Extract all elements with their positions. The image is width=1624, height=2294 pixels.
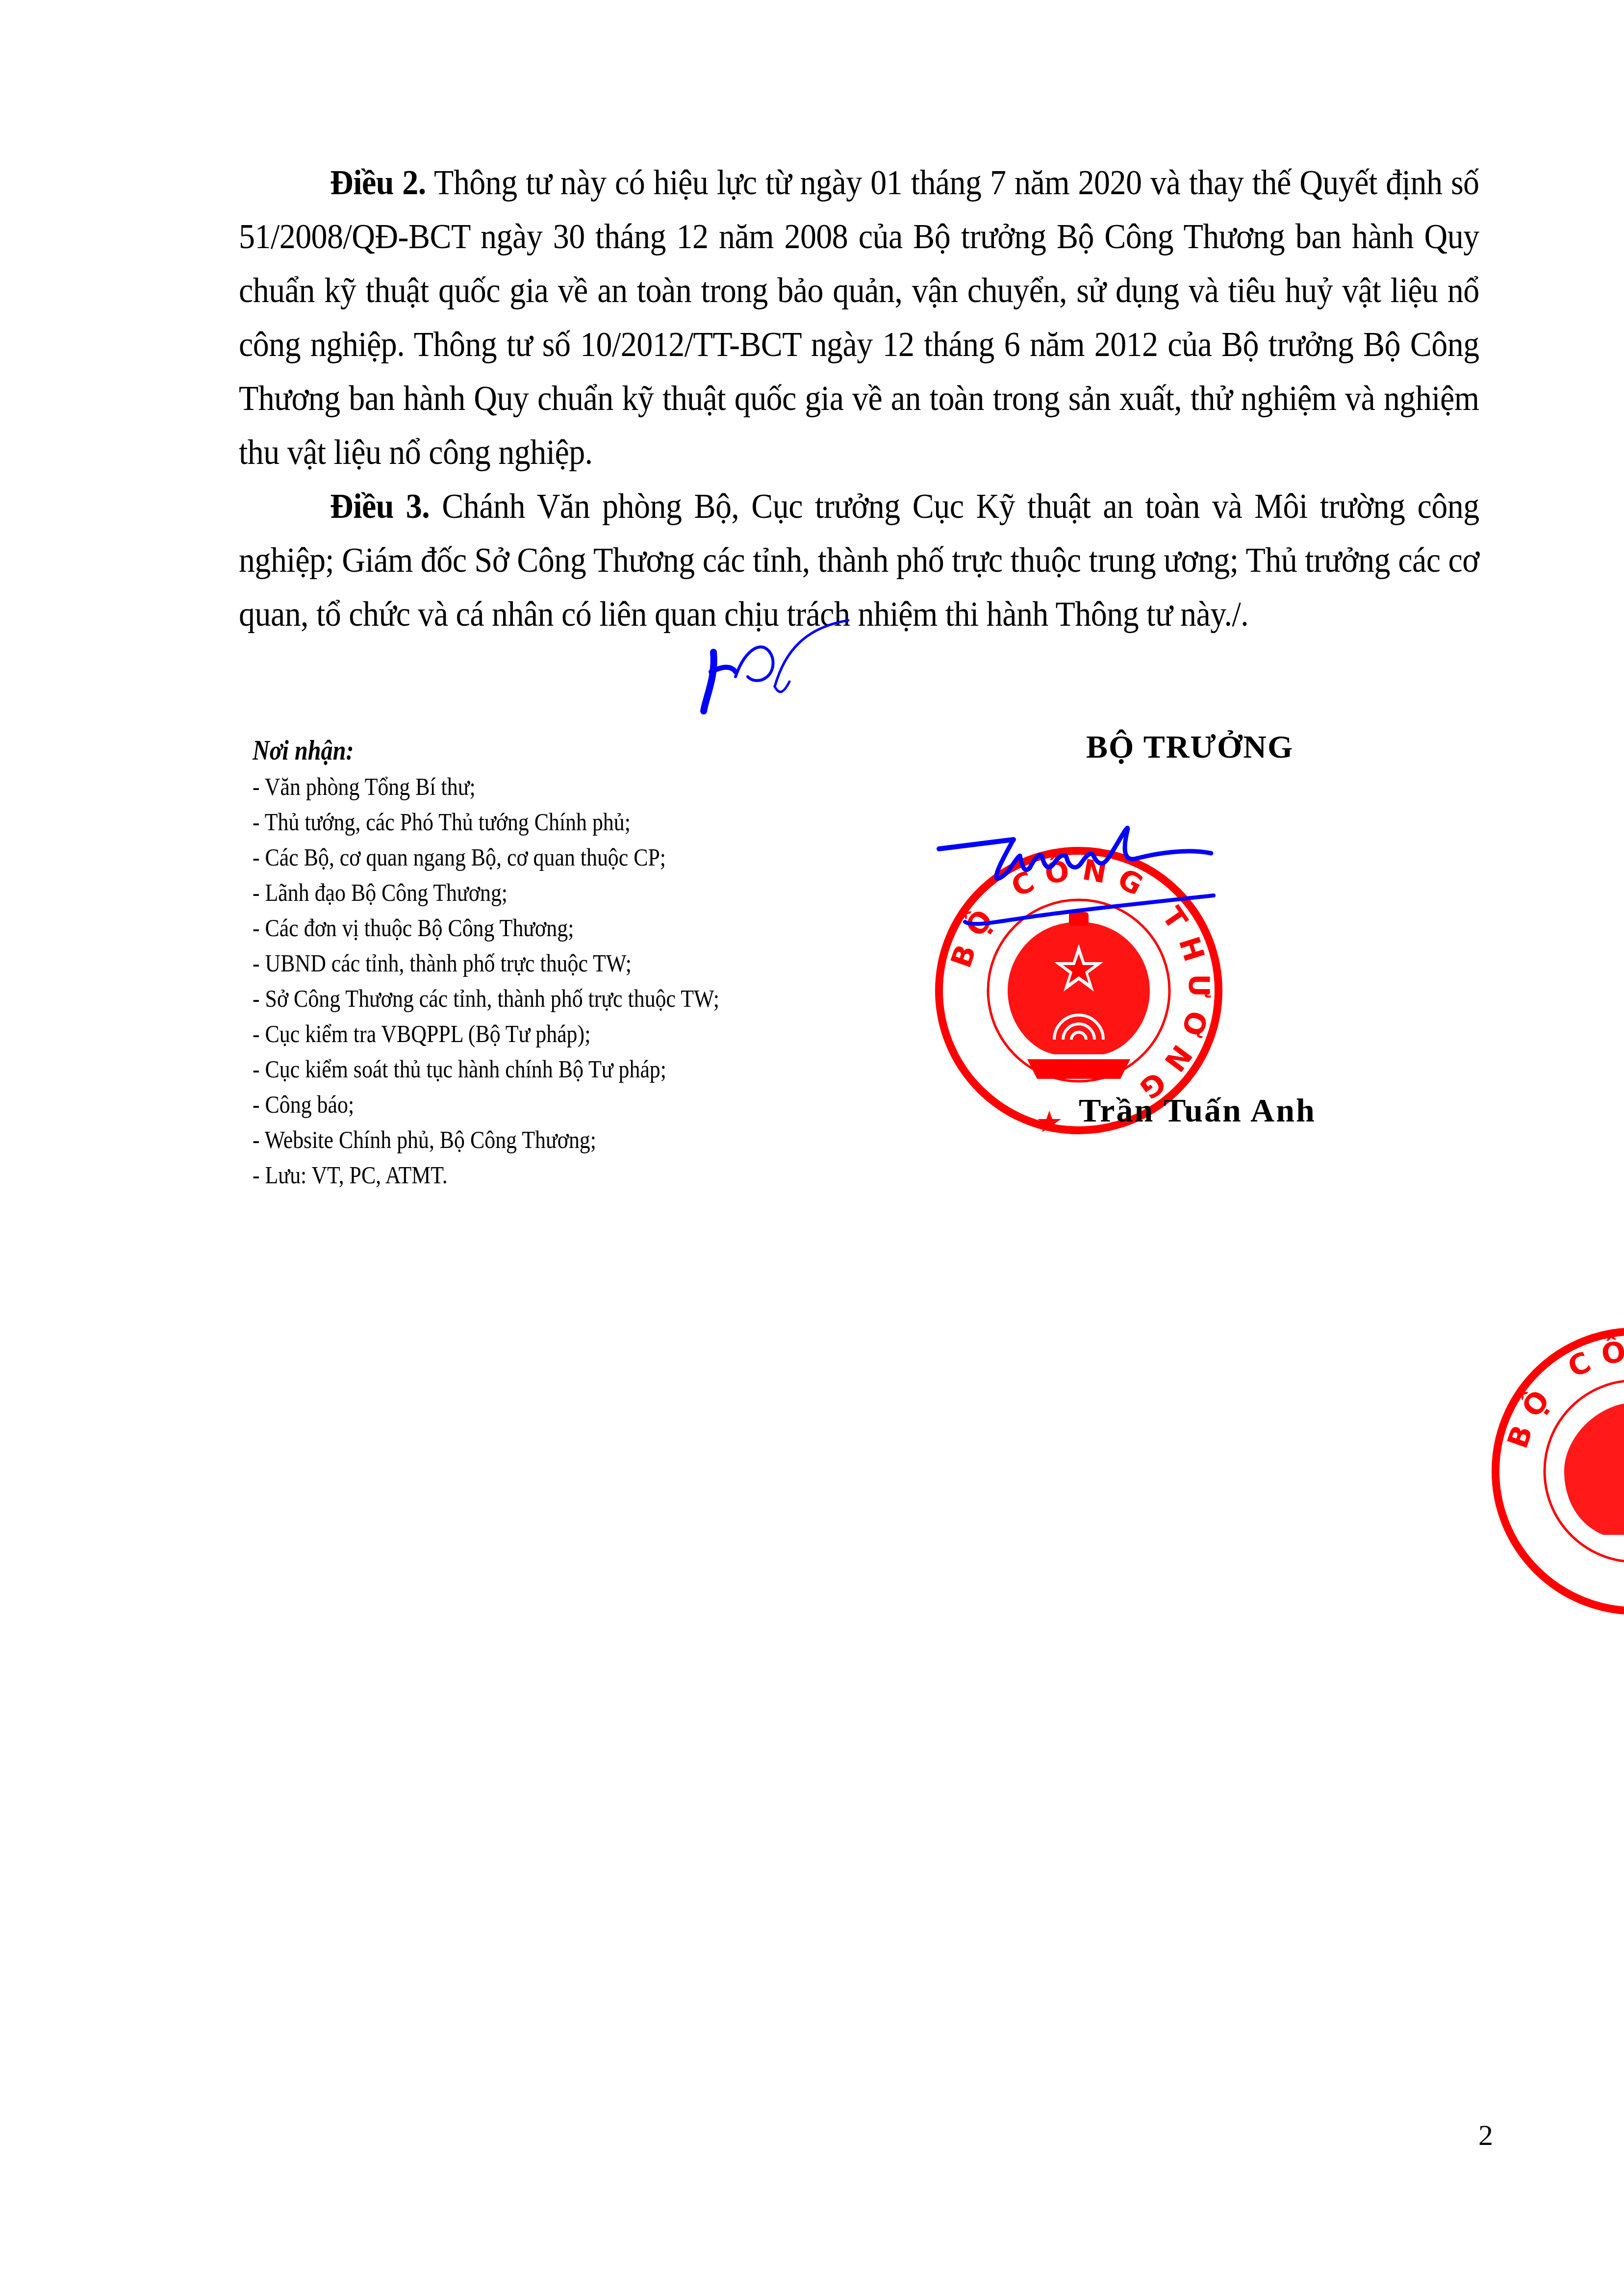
article-3: Điều 3. Chánh Văn phòng Bộ, Cục trưởng C…: [239, 480, 1479, 641]
signer-title: BỘ TRƯỞNG: [1086, 729, 1294, 766]
recipient-item: - Website Chính phủ, Bộ Công Thương;: [253, 1122, 719, 1158]
article-2: Điều 2. Thông tư này có hiệu lực từ ngày…: [239, 156, 1479, 480]
svg-text:BỘ CÔNG THƯƠNG: BỘ CÔNG THƯƠNG: [944, 852, 1216, 1112]
recipient-item: - Công báo;: [253, 1087, 719, 1122]
seal-text: BỘ CÔNG THƯƠNG: [944, 852, 1216, 1112]
signer-name: Trần Tuấn Anh: [1079, 1091, 1316, 1130]
article-2-text: Thông tư này có hiệu lực từ ngày 01 thán…: [239, 164, 1479, 472]
recipient-item: - UBND các tỉnh, thành phố trực thuộc TW…: [253, 946, 719, 981]
recipient-item: - Thủ tướng, các Phó Thủ tướng Chính phủ…: [253, 805, 719, 840]
recipient-item: - Các Bộ, cơ quan ngang Bộ, cơ quan thuộ…: [253, 840, 719, 875]
recipients-header: Nơi nhận:: [253, 733, 719, 768]
svg-text:BỘ CÔNG THƯƠNG: BỘ CÔNG THƯƠNG: [1501, 1333, 1624, 1593]
recipient-item: - Cục kiểm soát thủ tục hành chính Bộ Tư…: [253, 1052, 719, 1087]
article-2-label: Điều 2.: [330, 164, 426, 202]
document-body: Điều 2. Thông tư này có hiệu lực từ ngày…: [239, 156, 1479, 641]
article-3-label: Điều 3.: [330, 487, 430, 526]
recipients-block: Nơi nhận: - Văn phòng Tổng Bí thư; - Thủ…: [253, 733, 719, 1193]
recipient-item: - Lãnh đạo Bộ Công Thương;: [253, 875, 719, 911]
recipient-item: - Lưu: VT, PC, ATMT.: [253, 1158, 719, 1193]
recipient-item: - Sở Công Thương các tỉnh, thành phố trự…: [253, 981, 719, 1017]
recipient-item: - Cục kiểm tra VBQPPL (Bộ Tư pháp);: [253, 1017, 719, 1052]
page-number: 2: [1478, 2118, 1493, 2152]
recipient-item: - Văn phòng Tổng Bí thư;: [253, 769, 719, 805]
recipient-item: - Các đơn vị thuộc Bộ Công Thương;: [253, 911, 719, 946]
